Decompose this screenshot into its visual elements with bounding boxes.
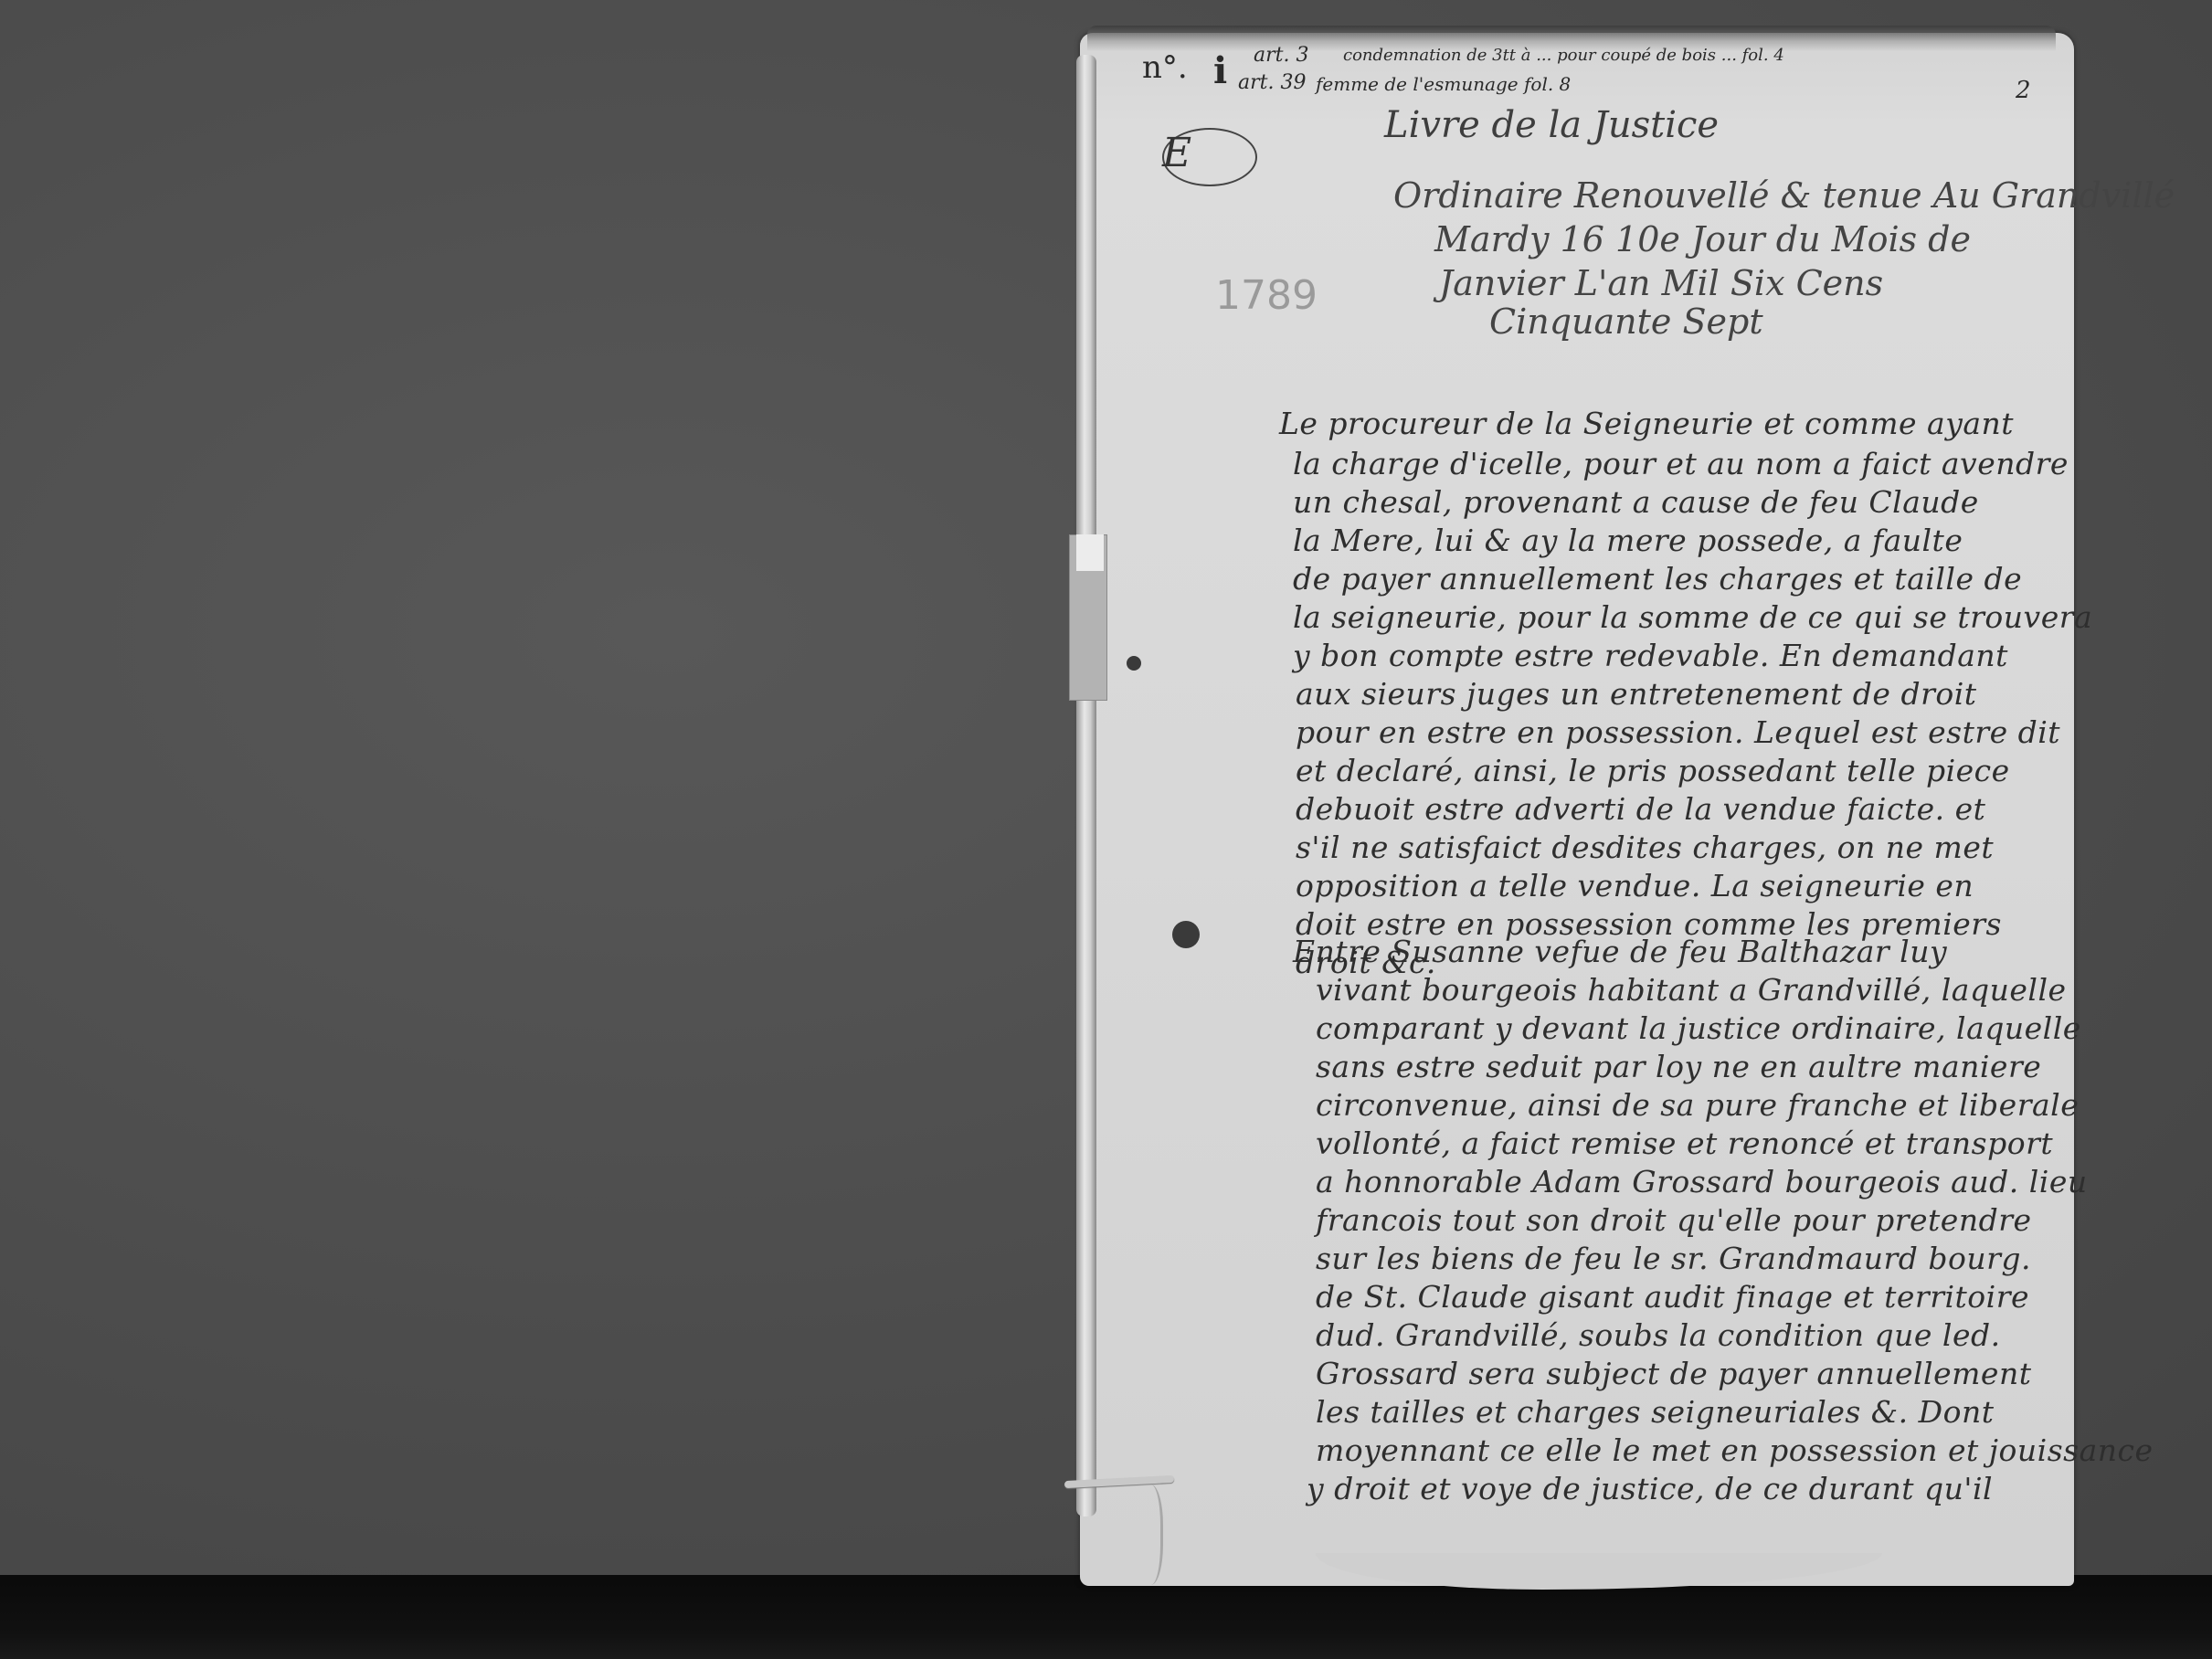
text-line: Grossard sera subject de payer annuellem… xyxy=(1316,1356,2031,1391)
margin-note-1-text: condemnation de 3tt à ... pour coupé de … xyxy=(1343,46,1784,65)
text-line: comparant y devant la justice ordinaire,… xyxy=(1316,1010,2081,1046)
text-line: la Mere, lui & ay la mere possede, a fau… xyxy=(1293,523,1963,558)
margin-number-value: i xyxy=(1213,49,1227,92)
binding-tape-highlight xyxy=(1076,534,1104,571)
text-line: de payer annuellement les charges et tai… xyxy=(1293,561,2022,597)
text-line: y droit et voye de justice, de ce durant… xyxy=(1307,1471,1993,1506)
text-line: les tailles et charges seigneuriales &. … xyxy=(1316,1394,1995,1430)
text-line: sans estre seduit par loy ne en aultre m… xyxy=(1316,1049,2041,1084)
text-line: Le procureur de la Seigneurie et comme a… xyxy=(1279,406,2014,441)
text-line: un chesal, provenant a cause de feu Clau… xyxy=(1293,484,1979,520)
archive-stamp-number: 1789 xyxy=(1215,272,1318,319)
text-line: y bon compte estre redevable. En demanda… xyxy=(1293,638,2008,673)
text-line: circonvenue, ainsi de sa pure franche et… xyxy=(1316,1087,2079,1123)
text-line: a honnorable Adam Grossard bourgeois aud… xyxy=(1316,1164,2088,1199)
header-line-3: Janvier L'an Mil Six Cens xyxy=(1439,263,1883,303)
text-line: moyennant ce elle le met en possession e… xyxy=(1316,1432,2154,1468)
text-line: pour en estre en possession. Lequel est … xyxy=(1296,714,2060,750)
text-line: aux sieurs juges un entretenement de dro… xyxy=(1296,676,1977,712)
monogram-letter: E xyxy=(1162,130,1191,176)
text-line: opposition a telle vendue. La seigneurie… xyxy=(1296,868,1974,903)
ink-spot xyxy=(1127,656,1141,671)
text-line: vivant bourgeois habitant a Grandvillé, … xyxy=(1316,972,2067,1008)
text-line: sur les biens de feu le sr. Grandmaurd b… xyxy=(1316,1241,2031,1276)
margin-note-1-label: art. 3 xyxy=(1254,44,1308,67)
text-line: s'il ne satisfaict desdites charges, on … xyxy=(1296,829,1994,865)
folio-number: 2 xyxy=(2016,77,2031,104)
text-line: Entre Susanne vefue de feu Balthazar luy xyxy=(1293,934,1947,969)
text-line: debuoit estre adverti de la vendue faict… xyxy=(1296,791,1985,827)
text-line: la charge d'icelle, pour et au nom a fai… xyxy=(1293,446,2069,481)
text-line: et declaré, ainsi, le pris possedant tel… xyxy=(1296,753,2010,788)
page-title: Livre de la Justice xyxy=(1384,104,1719,146)
text-line: dud. Grandvillé, soubs la condition que … xyxy=(1316,1317,2001,1353)
dark-floor-band xyxy=(0,1575,2212,1659)
margin-number-label: n°. xyxy=(1142,49,1188,86)
binding-spine xyxy=(1076,55,1096,1516)
text-line: francois tout son droit qu'elle pour pre… xyxy=(1316,1202,2032,1238)
header-line-1: Ordinaire Renouvellé & tenue Au Grandvil… xyxy=(1393,175,2175,216)
header-line-2: Mardy 16 10e Jour du Mois de xyxy=(1434,219,1971,259)
text-line: la seigneurie, pour la somme de ce qui s… xyxy=(1293,599,2092,635)
binding-string-loop xyxy=(1133,1485,1163,1585)
ink-blot xyxy=(1172,921,1200,948)
margin-note-2-text: femme de l'esmunage fol. 8 xyxy=(1316,73,1571,95)
text-line: vollonté, a faict remise et renoncé et t… xyxy=(1316,1125,2053,1161)
text-line: de St. Claude gisant audit finage et ter… xyxy=(1316,1279,2029,1315)
margin-note-2-label: art. 39 xyxy=(1238,71,1306,94)
header-line-4: Cinquante Sept xyxy=(1489,301,1763,342)
